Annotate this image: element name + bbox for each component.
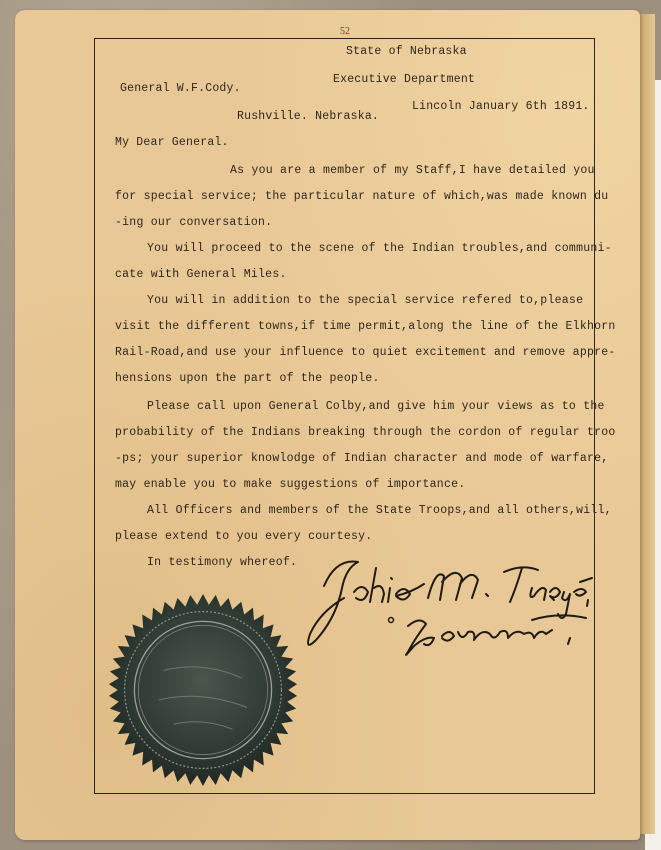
page-number: 52 [340, 26, 350, 37]
recipient-name: General W.F.Cody. [120, 82, 241, 95]
body-line: As you are a member of my Staff,I have d… [230, 164, 595, 177]
place-date: Lincoln January 6th 1891. [412, 100, 590, 113]
body-line: -ps; your superior knowlodge of Indian c… [115, 452, 608, 465]
signature-handwritten [296, 548, 596, 668]
body-line: -ing our conversation. [115, 216, 272, 229]
letterhead-department: Executive Department [333, 73, 475, 86]
body-line: You will proceed to the scene of the Ind… [147, 242, 612, 255]
body-line: please extend to you every courtesy. [115, 530, 372, 543]
letterhead-state: State of Nebraska [346, 45, 467, 58]
body-line: visit the different towns,if time permit… [115, 320, 616, 333]
body-line: for special service; the particular natu… [115, 190, 608, 203]
body-line: may enable you to make suggestions of im… [115, 478, 465, 491]
closing-line: In testimony whereof. [147, 556, 297, 569]
salutation: My Dear General. [115, 136, 229, 149]
body-line: hensions upon the part of the people. [115, 372, 380, 385]
body-line: cate with General Miles. [115, 268, 287, 281]
state-seal-icon [105, 592, 301, 788]
body-line: Rail-Road,and use your influence to quie… [115, 346, 616, 359]
next-page-edge [638, 14, 655, 834]
body-line: All Officers and members of the State Tr… [147, 504, 612, 517]
body-line: probability of the Indians breaking thro… [115, 426, 616, 439]
recipient-location: Rushville. Nebraska. [237, 110, 379, 123]
body-line: Please call upon General Colby,and give … [147, 400, 605, 413]
body-line: You will in addition to the special serv… [147, 294, 583, 307]
